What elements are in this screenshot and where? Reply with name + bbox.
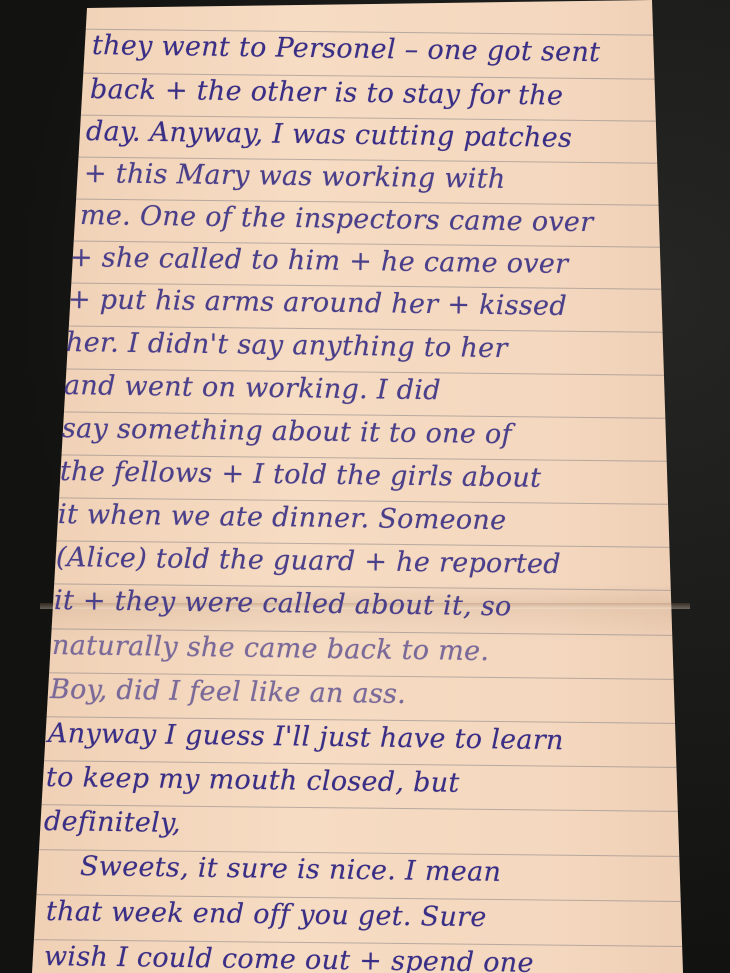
- text-line: + put his arms around her + kissed: [68, 284, 567, 322]
- text-line: her. I didn't say anything to her: [66, 327, 508, 364]
- text-line: they went to Personel – one got sent: [92, 30, 601, 68]
- text-line: it when we ate dinner. Someone: [58, 499, 507, 536]
- handwritten-text: they went to Personel – one got sent bac…: [0, 0, 730, 973]
- text-line: the fellows + I told the girls about: [60, 456, 542, 494]
- text-line: wish I could come out + spend one: [44, 941, 534, 973]
- text-line: + she called to him + he came over: [70, 242, 569, 280]
- text-line: + this Mary was working with: [84, 158, 506, 195]
- text-line: say something about it to one of: [62, 413, 512, 450]
- text-line: back + the other is to stay for the: [90, 74, 564, 112]
- text-line: Boy, did I feel like an ass.: [50, 674, 407, 710]
- text-line: me. One of the inspectors came over: [80, 200, 594, 238]
- text-line: to keep my mouth closed, but: [46, 762, 460, 799]
- text-line: Anyway I guess I'll just have to learn: [48, 718, 564, 756]
- text-line: definitely,: [44, 806, 181, 839]
- text-line: naturally she came back to me.: [52, 630, 490, 667]
- text-line: and went on working. I did: [64, 370, 441, 406]
- text-line: that week end off you get. Sure: [46, 896, 487, 933]
- text-line: day. Anyway, I was cutting patches: [86, 116, 573, 154]
- text-line: (Alice) told the guard + he reported: [56, 542, 561, 580]
- text-line: it + they were called about it, so: [54, 585, 512, 622]
- text-line: Sweets, it sure is nice. I mean: [80, 851, 502, 888]
